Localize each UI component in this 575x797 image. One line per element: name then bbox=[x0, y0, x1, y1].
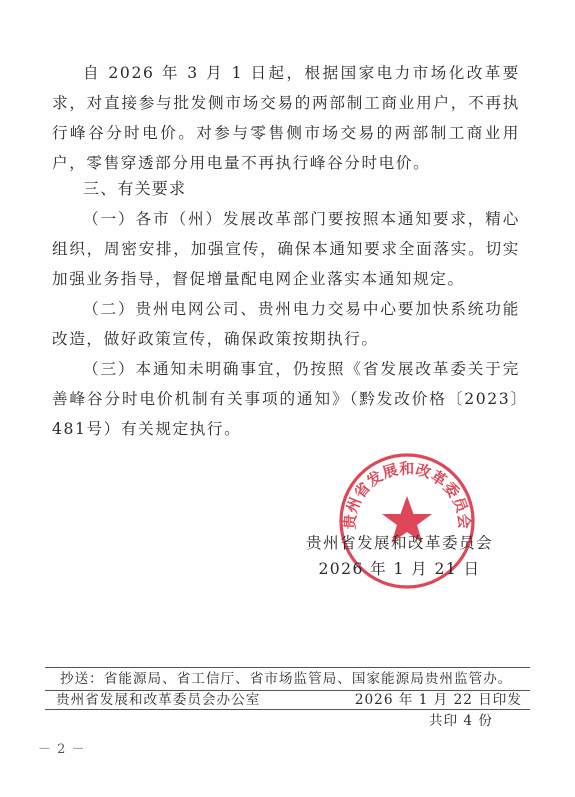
signature-issuer: 贵州省发展和改革委员会 bbox=[292, 530, 507, 556]
footer-copies: 共印 4 份 bbox=[429, 711, 493, 731]
footer-bottom-rule bbox=[45, 709, 530, 710]
paragraph-effective-date: 自 2026 年 3 月 1 日起，根据国家电力市场化改革要求，对直接参与批发侧… bbox=[52, 58, 520, 178]
footer-office: 贵州省发展和改革委员会办公室 bbox=[56, 690, 260, 710]
footer-cc-list: 抄送：省能源局、省工信厅、省市场监管局、国家能源局贵州监管办。 bbox=[60, 669, 520, 689]
footer-print-date: 2026 年 1 月 22 日印发 bbox=[355, 690, 522, 710]
requirement-item-3: （三）本通知未明确事宜，仍按照《省发展改革委关于完善峰谷分时电价机制有关事项的通… bbox=[52, 354, 520, 444]
footer-top-rule bbox=[45, 667, 530, 668]
footer-issuing-row: 贵州省发展和改革委员会办公室 2026 年 1 月 22 日印发 bbox=[56, 690, 522, 710]
document-page: 自 2026 年 3 月 1 日起，根据国家电力市场化改革要求，对直接参与批发侧… bbox=[0, 0, 575, 797]
requirement-item-1: （一）各市（州）发展改革部门要按照本通知要求，精心组织，周密安排，加强宣传，确保… bbox=[52, 204, 520, 294]
page-number: － 2 － bbox=[38, 738, 86, 757]
signature-date: 2026 年 1 月 21 日 bbox=[292, 556, 507, 582]
section-heading-requirements: 三、有关要求 bbox=[83, 174, 186, 204]
requirement-item-2: （二）贵州电网公司、贵州电力交易中心要加快系统功能改造，做好政策宣传，确保政策按… bbox=[52, 294, 520, 354]
